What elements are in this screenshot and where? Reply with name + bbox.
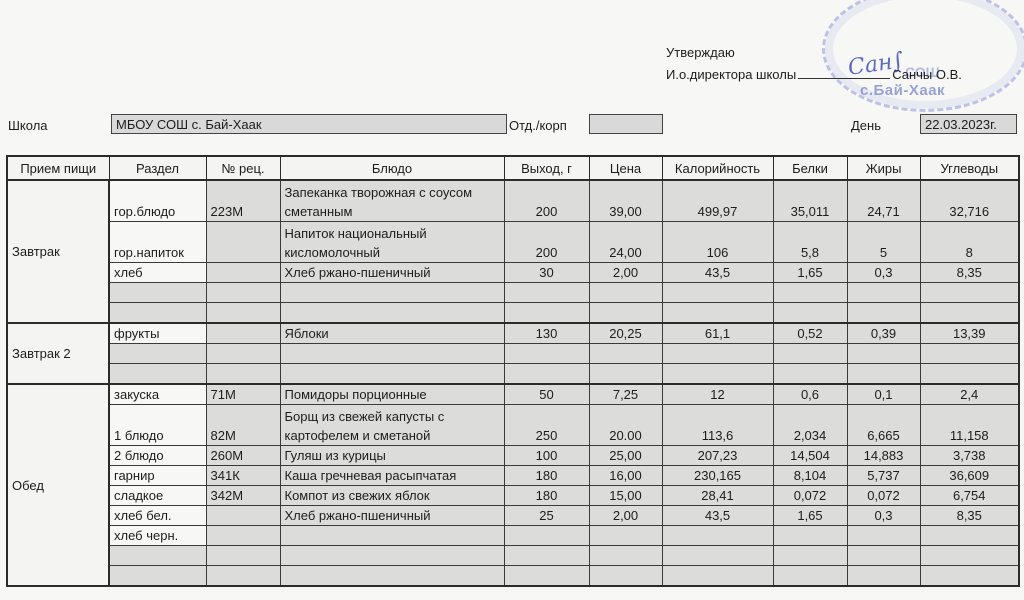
carbs-cell: 32,716	[920, 180, 1019, 222]
col-fat: Жиры	[847, 156, 920, 180]
calories-cell: 207,23	[662, 446, 773, 466]
col-protein: Белки	[773, 156, 847, 180]
table-row	[7, 283, 1019, 303]
carbs-cell	[920, 526, 1019, 546]
calories-cell: 113,6	[662, 405, 773, 446]
protein-cell: 14,504	[773, 446, 847, 466]
calories-cell: 499,97	[662, 180, 773, 222]
calories-cell: 43,5	[662, 263, 773, 283]
yield-cell	[504, 344, 589, 364]
col-dish: Блюдо	[280, 156, 504, 180]
table-row: хлеб черн.	[7, 526, 1019, 546]
table-row: Завтрак 2фруктыЯблоки13020,2561,10,520,3…	[7, 323, 1019, 344]
carbs-cell: 2,4	[920, 384, 1019, 405]
dish-cell	[280, 546, 504, 566]
col-section: Раздел	[109, 156, 206, 180]
section-cell: сладкое	[109, 486, 206, 506]
fat-cell: 0,1	[847, 384, 920, 405]
calories-cell	[662, 364, 773, 385]
protein-cell	[773, 526, 847, 546]
price-cell	[589, 303, 662, 324]
section-cell: фрукты	[109, 323, 206, 344]
carbs-cell: 13,39	[920, 323, 1019, 344]
dish-cell: Хлеб ржано-пшеничный	[280, 506, 504, 526]
table-row: 2 блюдо260МГуляш из курицы10025,00207,23…	[7, 446, 1019, 466]
recipe-cell: 82М	[206, 405, 280, 446]
table-header-row: Прием пищи Раздел № рец. Блюдо Выход, г …	[7, 156, 1019, 180]
yield-cell: 100	[504, 446, 589, 466]
protein-cell: 0,6	[773, 384, 847, 405]
price-cell	[589, 526, 662, 546]
price-cell: 20,25	[589, 323, 662, 344]
recipe-cell	[206, 506, 280, 526]
school-label: Школа	[8, 118, 48, 133]
yield-cell: 130	[504, 323, 589, 344]
fat-cell	[847, 344, 920, 364]
recipe-cell: 223М	[206, 180, 280, 222]
price-cell	[589, 566, 662, 587]
protein-cell: 8,104	[773, 466, 847, 486]
section-cell: гор.напиток	[109, 222, 206, 263]
recipe-cell	[206, 344, 280, 364]
recipe-cell: 260М	[206, 446, 280, 466]
fat-cell: 0,3	[847, 506, 920, 526]
recipe-cell	[206, 303, 280, 324]
carbs-cell: 6,754	[920, 486, 1019, 506]
col-calories: Калорийность	[662, 156, 773, 180]
protein-cell	[773, 283, 847, 303]
protein-cell	[773, 566, 847, 587]
fat-cell: 5	[847, 222, 920, 263]
calories-cell: 61,1	[662, 323, 773, 344]
dish-cell: Борщ из свежей капусты с картофелем и см…	[280, 405, 504, 446]
table-row	[7, 364, 1019, 385]
recipe-cell	[206, 283, 280, 303]
carbs-cell	[920, 303, 1019, 324]
dish-cell	[280, 344, 504, 364]
yield-cell: 200	[504, 222, 589, 263]
yield-cell: 180	[504, 466, 589, 486]
section-cell: закуска	[109, 384, 206, 405]
dish-cell: Напиток национальный кисломолочный	[280, 222, 504, 263]
section-cell: хлеб черн.	[109, 526, 206, 546]
protein-cell	[773, 546, 847, 566]
yield-cell: 50	[504, 384, 589, 405]
fat-cell: 0,3	[847, 263, 920, 283]
yield-cell: 180	[504, 486, 589, 506]
table-row: хлебХлеб ржано-пшеничный302,0043,51,650,…	[7, 263, 1019, 283]
col-carbs: Углеводы	[920, 156, 1019, 180]
price-cell: 39,00	[589, 180, 662, 222]
fat-cell: 14,883	[847, 446, 920, 466]
fat-cell: 24,71	[847, 180, 920, 222]
fat-cell	[847, 526, 920, 546]
price-cell	[589, 546, 662, 566]
table-row: сладкое342МКомпот из свежих яблок18015,0…	[7, 486, 1019, 506]
meal-cell: Обед	[7, 384, 109, 586]
protein-cell: 35,011	[773, 180, 847, 222]
recipe-cell: 342М	[206, 486, 280, 506]
dish-cell: Каша гречневая расыпчатая	[280, 466, 504, 486]
calories-cell	[662, 566, 773, 587]
fat-cell	[847, 546, 920, 566]
calories-cell: 43,5	[662, 506, 773, 526]
approval-title: Утверждаю	[666, 42, 962, 64]
recipe-cell: 341К	[206, 466, 280, 486]
table-row: гарнир341ККаша гречневая расыпчатая18016…	[7, 466, 1019, 486]
recipe-cell	[206, 546, 280, 566]
fat-cell: 0,072	[847, 486, 920, 506]
fat-cell: 0,39	[847, 323, 920, 344]
dish-cell: Запеканка творожная с соусом сметанным	[280, 180, 504, 222]
section-cell: хлеб бел.	[109, 506, 206, 526]
protein-cell: 2,034	[773, 405, 847, 446]
dish-cell	[280, 566, 504, 587]
protein-cell	[773, 303, 847, 324]
price-cell: 24,00	[589, 222, 662, 263]
calories-cell	[662, 526, 773, 546]
dish-cell: Помидоры порционные	[280, 384, 504, 405]
calories-cell	[662, 283, 773, 303]
price-cell: 20.00	[589, 405, 662, 446]
price-cell: 7,25	[589, 384, 662, 405]
menu-body: Завтракгор.блюдо223МЗапеканка творожная …	[7, 180, 1019, 586]
dish-cell	[280, 303, 504, 324]
approver-position: И.о.директора школы	[666, 67, 796, 82]
protein-cell: 1,65	[773, 506, 847, 526]
price-cell: 25,00	[589, 446, 662, 466]
carbs-cell: 3,738	[920, 446, 1019, 466]
fat-cell: 6,665	[847, 405, 920, 446]
price-cell	[589, 283, 662, 303]
price-cell: 2,00	[589, 506, 662, 526]
section-cell: 2 блюдо	[109, 446, 206, 466]
section-cell: гарнир	[109, 466, 206, 486]
fat-cell	[847, 364, 920, 385]
dish-cell	[280, 526, 504, 546]
carbs-cell: 8,35	[920, 263, 1019, 283]
dish-cell: Хлеб ржано-пшеничный	[280, 263, 504, 283]
dish-cell: Компот из свежих яблок	[280, 486, 504, 506]
section-cell: гор.блюдо	[109, 180, 206, 222]
table-row: гор.напитокНапиток национальный кисломол…	[7, 222, 1019, 263]
calories-cell	[662, 303, 773, 324]
yield-cell	[504, 364, 589, 385]
section-cell: 1 блюдо	[109, 405, 206, 446]
dish-cell	[280, 283, 504, 303]
protein-cell	[773, 344, 847, 364]
recipe-cell	[206, 526, 280, 546]
protein-cell: 5,8	[773, 222, 847, 263]
approval-block: Утверждаю И.о.директора школыСанчы О.В.	[666, 42, 962, 86]
price-cell	[589, 344, 662, 364]
col-price: Цена	[589, 156, 662, 180]
calories-cell: 28,41	[662, 486, 773, 506]
protein-cell: 0,52	[773, 323, 847, 344]
protein-cell: 0,072	[773, 486, 847, 506]
section-cell	[109, 566, 206, 587]
school-field: МБОУ СОШ с. Бай-Хаак	[111, 114, 507, 134]
price-cell	[589, 364, 662, 385]
day-field: 22.03.2023г.	[920, 114, 1017, 134]
col-recipe: № рец.	[206, 156, 280, 180]
table-row: Завтракгор.блюдо223МЗапеканка творожная …	[7, 180, 1019, 222]
yield-cell	[504, 526, 589, 546]
dish-cell	[280, 364, 504, 385]
day-label: День	[851, 118, 881, 133]
col-yield: Выход, г	[504, 156, 589, 180]
yield-cell	[504, 546, 589, 566]
yield-cell: 30	[504, 263, 589, 283]
dept-label: Отд./корп	[509, 118, 567, 133]
yield-cell	[504, 303, 589, 324]
table-row: Обедзакуска71МПомидоры порционные507,251…	[7, 384, 1019, 405]
calories-cell: 12	[662, 384, 773, 405]
section-cell	[109, 546, 206, 566]
recipe-cell	[206, 323, 280, 344]
carbs-cell	[920, 566, 1019, 587]
carbs-cell: 8	[920, 222, 1019, 263]
yield-cell: 250	[504, 405, 589, 446]
price-cell: 15,00	[589, 486, 662, 506]
protein-cell: 1,65	[773, 263, 847, 283]
table-row: 1 блюдо82МБорщ из свежей капусты с карто…	[7, 405, 1019, 446]
carbs-cell	[920, 364, 1019, 385]
section-cell	[109, 344, 206, 364]
dept-field	[589, 114, 663, 134]
calories-cell	[662, 546, 773, 566]
recipe-cell	[206, 222, 280, 263]
col-meal: Прием пищи	[7, 156, 109, 180]
table-row	[7, 546, 1019, 566]
table-row: хлеб бел.Хлеб ржано-пшеничный252,0043,51…	[7, 506, 1019, 526]
price-cell: 16,00	[589, 466, 662, 486]
recipe-cell	[206, 364, 280, 385]
section-cell	[109, 283, 206, 303]
section-cell: хлеб	[109, 263, 206, 283]
carbs-cell: 8,35	[920, 506, 1019, 526]
fat-cell: 5,737	[847, 466, 920, 486]
section-cell	[109, 364, 206, 385]
carbs-cell	[920, 546, 1019, 566]
fat-cell	[847, 566, 920, 587]
table-row	[7, 303, 1019, 324]
protein-cell	[773, 364, 847, 385]
table-row	[7, 566, 1019, 587]
recipe-cell	[206, 566, 280, 587]
calories-cell	[662, 344, 773, 364]
meal-cell: Завтрак	[7, 180, 109, 323]
carbs-cell	[920, 283, 1019, 303]
yield-cell: 25	[504, 506, 589, 526]
meal-cell: Завтрак 2	[7, 323, 109, 384]
calories-cell: 106	[662, 222, 773, 263]
carbs-cell: 36,609	[920, 466, 1019, 486]
carbs-cell	[920, 344, 1019, 364]
section-cell	[109, 303, 206, 324]
recipe-cell: 71М	[206, 384, 280, 405]
dish-cell: Гуляш из курицы	[280, 446, 504, 466]
calories-cell: 230,165	[662, 466, 773, 486]
dish-cell: Яблоки	[280, 323, 504, 344]
yield-cell	[504, 566, 589, 587]
carbs-cell: 11,158	[920, 405, 1019, 446]
table-row	[7, 344, 1019, 364]
fat-cell	[847, 283, 920, 303]
recipe-cell	[206, 263, 280, 283]
yield-cell	[504, 283, 589, 303]
price-cell: 2,00	[589, 263, 662, 283]
yield-cell: 200	[504, 180, 589, 222]
menu-table: Прием пищи Раздел № рец. Блюдо Выход, г …	[6, 155, 1020, 587]
fat-cell	[847, 303, 920, 324]
